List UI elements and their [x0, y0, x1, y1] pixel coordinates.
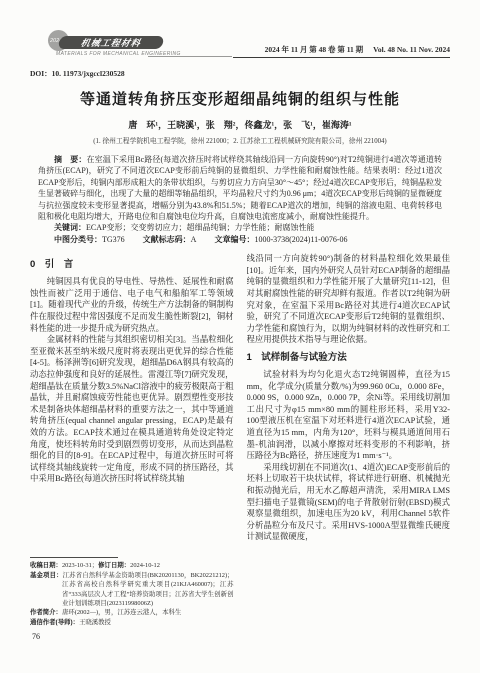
body-columns: 0 引 言 纯铜因具有优良的导电性、导热性、延展性和耐腐蚀性而被广泛用于通信、电…	[30, 253, 450, 627]
keywords: ECAP变形；交变剪切应力；超细晶纯铜；力学性能；耐腐蚀性能	[86, 223, 314, 232]
footnote: 收稿日期：2023-10-31；修订日期：2024-10-12 基金项目：江苏省…	[30, 553, 234, 627]
footnote-author-bio: 作者简介：唐环(2002—)，男，江苏连云港人，本科生	[30, 608, 234, 617]
page-number: 76	[30, 632, 450, 641]
issue-info-en: Vol. 48 No. 11 Nov. 2024	[373, 45, 450, 54]
issue-info: 2024 年 11 月 第 48 卷 第 11 期Vol. 48 No. 11 …	[265, 44, 450, 55]
doi: DOI：10. 11973/jxgccl230528	[30, 68, 125, 79]
logo-rule	[148, 56, 232, 57]
journal-name: 机械工程材料	[80, 36, 143, 49]
article-no-pair: 文章编号：1000-3738(2024)11-0076-06	[214, 235, 347, 244]
issue-info-cn: 2024 年 11 月 第 48 卷 第 11 期	[265, 45, 364, 54]
doc-code-label: 文献标志码：	[143, 235, 191, 244]
footnote-rule	[30, 557, 118, 558]
keywords-line: 关键词：ECAP变形；交变剪切应力；超细晶纯铜；力学性能；耐腐蚀性能	[38, 222, 442, 233]
section-heading-method: 1 试样制备与试验方法	[247, 349, 451, 363]
abstract-text: 在室温下采用Bc路径(每道次挤压时将试样绕其轴线沿同一方向旋转90°)对T2纯铜…	[38, 155, 442, 221]
article-no-label: 文章编号：	[214, 235, 254, 244]
header-rule	[233, 57, 450, 58]
article-no-value: 1000-3738(2024)11-0076-06	[254, 235, 347, 244]
journal-name-banner: 机械工程材料	[58, 36, 165, 49]
clc-label: 中图分类号：	[54, 235, 102, 244]
article-title: 等通道转角挤压变形超细晶纯铜的组织与性能	[30, 88, 450, 109]
footnote-corresponding-author: 通信作者(导师)：王晓溪教授	[30, 618, 234, 627]
column-right: 线沿同一方向旋转90°)制备的材料晶粒细化效果最佳[10]。近年来，国内外研究人…	[247, 253, 451, 627]
doc-code-pair: 文献标志码：A	[143, 235, 197, 244]
intro-paragraph-2: 金属材料的性能与其组织密切相关[3]。当晶粒细化至亚微米甚至纳米级尺度时将表现出…	[30, 334, 234, 485]
clc-value: TG376	[102, 235, 125, 244]
authors: 唐 环¹，王晓溪¹，张 翔²，佟鑫龙¹，张 飞¹，崔海涛¹	[30, 118, 450, 131]
section-heading-intro: 0 引 言	[30, 256, 234, 270]
abstract-label: 摘 要：	[54, 155, 87, 164]
abstract: 摘 要：在室温下采用Bc路径(每道次挤压时将试样绕其轴线沿同一方向旋转90°)对…	[38, 154, 442, 222]
paper-page: 2024 机械工程材料 MATERIALS FOR MECHANICAL ENG…	[0, 0, 480, 673]
affiliation: (1. 徐州工程学院机电工程学院，徐州 221000；2. 江苏徐工工程机械研究…	[30, 135, 450, 145]
meta-line: 中图分类号：TG376 文献标志码：A 文章编号：1000-3738(2024)…	[38, 234, 442, 245]
article-content: 等通道转角挤压变形超细晶纯铜的组织与性能 唐 环¹，王晓溪¹，张 翔²，佟鑫龙¹…	[30, 88, 450, 641]
keywords-label: 关键词：	[54, 223, 86, 232]
intro-paragraph-1: 纯铜因具有优良的导电性、导热性、延展性和耐腐蚀性而被广泛用于通信、电子电气和船舶…	[30, 276, 234, 334]
footnote-funding: 基金项目：江苏省自然科学基金资助项目(BK20201130，BK20221212…	[30, 571, 234, 609]
column-left: 0 引 言 纯铜因具有优良的导电性、导热性、延展性和耐腐蚀性而被广泛用于通信、电…	[30, 253, 234, 627]
method-paragraph-1: 试验材料为均匀化退火态T2纯铜圆棒，直径为15 mm，化学成分(质量分数/%)为…	[247, 369, 451, 462]
method-paragraph-2: 采用线切割在不同道次(1、4道次)ECAP变形前后的坯料上切取若干块状试样，将试…	[247, 462, 451, 543]
clc-pair: 中图分类号：TG376	[54, 235, 125, 244]
footnote-dates: 收稿日期：2023-10-31；修订日期：2024-10-12	[30, 561, 234, 570]
doc-code-value: A	[191, 235, 197, 244]
intro-continuation: 线沿同一方向旋转90°)制备的材料晶粒细化效果最佳[10]。近年来，国内外研究人…	[247, 253, 451, 346]
